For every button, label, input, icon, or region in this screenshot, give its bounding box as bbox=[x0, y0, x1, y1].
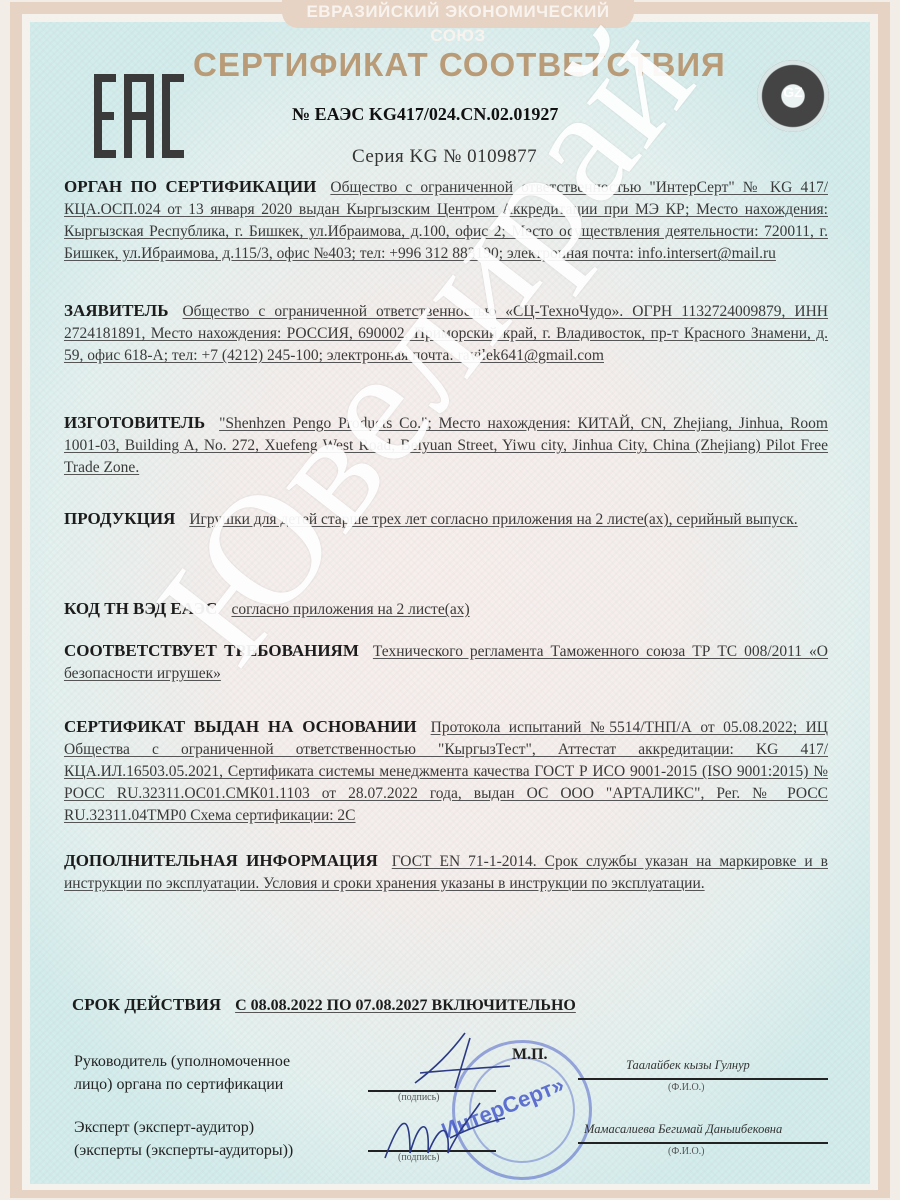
seal-text: GZ bbox=[757, 84, 829, 100]
section-value: согласно приложения на 2 листе(ах) bbox=[231, 601, 469, 618]
section-product: ПРОДУКЦИЯИгрушки для детей старше трех л… bbox=[64, 508, 828, 531]
expert-role-line2: (эксперты (эксперты-аудиторы)) bbox=[74, 1139, 293, 1162]
certificate-number: № ЕАЭС KG417/024.CN.02.01927 bbox=[292, 104, 558, 125]
expert-role: Эксперт (эксперт-аудитор) (эксперты (экс… bbox=[74, 1116, 293, 1162]
section-label: СООТВЕТСТВУЕТ ТРЕБОВАНИЯМ bbox=[64, 641, 359, 660]
head-name-caption: (Ф.И.О.) bbox=[668, 1082, 705, 1093]
section-label: ДОПОЛНИТЕЛЬНАЯ ИНФОРМАЦИЯ bbox=[64, 851, 378, 870]
eac-logo-icon bbox=[94, 70, 184, 162]
expert-signature-icon bbox=[380, 1098, 510, 1168]
section-value: Общество с ограниченной ответственностью… bbox=[64, 303, 828, 364]
section-label: ПРОДУКЦИЯ bbox=[64, 509, 175, 528]
expert-name-caption: (Ф.И.О.) bbox=[668, 1146, 705, 1157]
document-title: СЕРТИФИКАТ СООТВЕТСТВИЯ bbox=[193, 46, 726, 84]
head-name-line bbox=[578, 1078, 828, 1080]
section-certification-body: ОРГАН ПО СЕРТИФИКАЦИИОбщество с ограниче… bbox=[64, 176, 828, 265]
expert-name: Мамасалиева Бегимай Даныибековна bbox=[584, 1122, 782, 1137]
head-role-line2: лицо) органа по сертификации bbox=[74, 1073, 290, 1096]
section-manufacturer: ИЗГОТОВИТЕЛЬ"Shenhzen Pengo Products Co.… bbox=[64, 412, 828, 479]
section-label: ЗАЯВИТЕЛЬ bbox=[64, 301, 168, 320]
section-label: КОД ТН ВЭД ЕАЭС bbox=[64, 599, 217, 618]
section-label: ОРГАН ПО СЕРТИФИКАЦИИ bbox=[64, 177, 316, 196]
section-value: Игрушки для детей старше трех лет соглас… bbox=[189, 511, 797, 528]
section-label: СРОК ДЕЙСТВИЯ bbox=[72, 995, 221, 1014]
head-role-line1: Руководитель (уполномоченное bbox=[74, 1050, 290, 1073]
head-name: Таалайбек кызы Гулнур bbox=[626, 1058, 750, 1073]
head-role: Руководитель (уполномоченное лицо) орган… bbox=[74, 1050, 290, 1096]
certificate-series: Серия KG № 0109877 bbox=[352, 146, 537, 168]
expert-role-line1: Эксперт (эксперт-аудитор) bbox=[74, 1116, 293, 1139]
section-value: С 08.08.2022 ПО 07.08.2027 ВКЛЮЧИТЕЛЬНО bbox=[235, 997, 576, 1014]
section-issued-basis: СЕРТИФИКАТ ВЫДАН НА ОСНОВАНИИПротокола и… bbox=[64, 716, 828, 827]
section-applicant: ЗАЯВИТЕЛЬОбщество с ограниченной ответст… bbox=[64, 300, 828, 367]
union-banner: ЕВРАЗИЙСКИЙ ЭКОНОМИЧЕСКИЙ СОЮЗ bbox=[282, 0, 634, 28]
section-label: ИЗГОТОВИТЕЛЬ bbox=[64, 413, 205, 432]
gz-seal-icon: GZ bbox=[757, 60, 829, 132]
section-label: СЕРТИФИКАТ ВЫДАН НА ОСНОВАНИИ bbox=[64, 717, 417, 736]
section-compliance: СООТВЕТСТВУЕТ ТРЕБОВАНИЯМТехнического ре… bbox=[64, 640, 828, 685]
section-additional-info: ДОПОЛНИТЕЛЬНАЯ ИНФОРМАЦИЯГОСТ EN 71-1-20… bbox=[64, 850, 828, 895]
section-validity: СРОК ДЕЙСТВИЯС 08.08.2022 ПО 07.08.2027 … bbox=[72, 994, 836, 1017]
head-signature-icon bbox=[410, 1028, 520, 1098]
section-tn-ved-code: КОД ТН ВЭД ЕАЭСсогласно приложения на 2 … bbox=[64, 598, 828, 621]
certificate-page: ЕВРАЗИЙСКИЙ ЭКОНОМИЧЕСКИЙ СОЮЗ СЕРТИФИКА… bbox=[0, 0, 900, 1200]
expert-name-line bbox=[578, 1142, 828, 1144]
